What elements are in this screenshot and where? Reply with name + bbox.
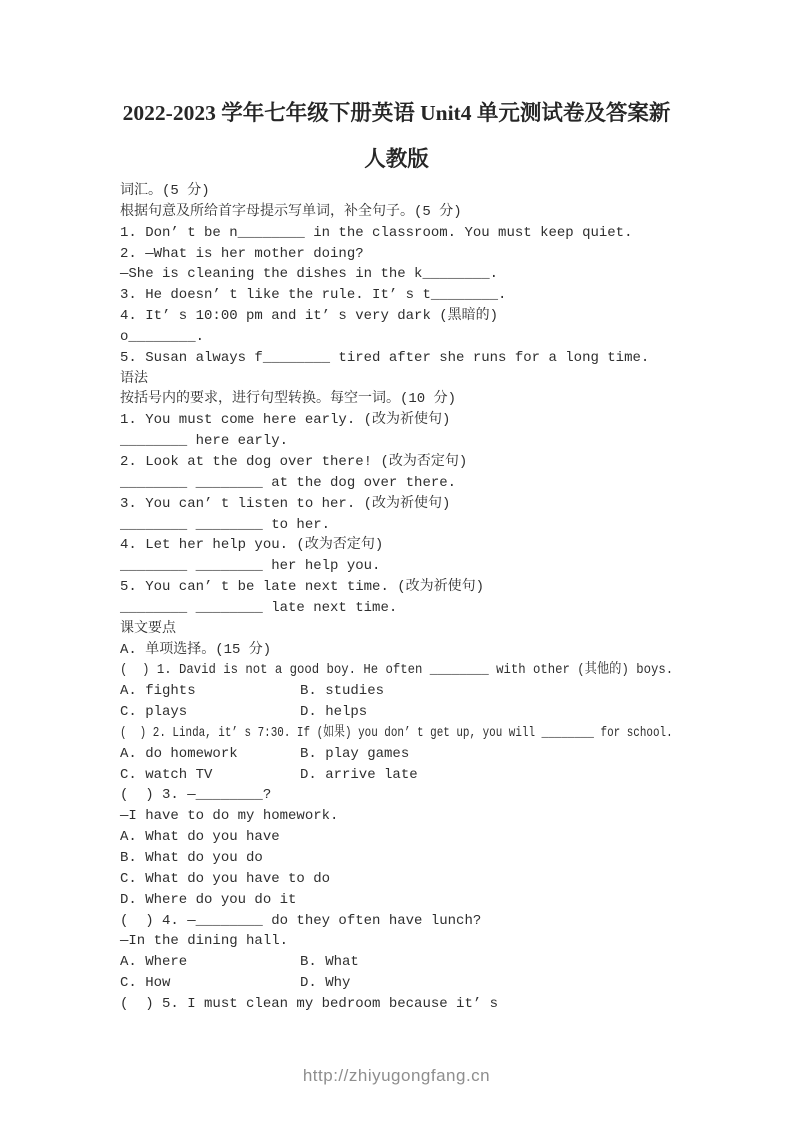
document-line: A. WhereB. What xyxy=(120,952,673,973)
document-line: 3. You can’ t listen to her. (改为祈使句) xyxy=(120,494,673,515)
option-cell: C. How xyxy=(120,973,300,994)
option-cell: B. studies xyxy=(300,681,384,702)
document-line: ( ) 3. —________? xyxy=(120,785,673,806)
document-line: ________ ________ her help you. xyxy=(120,556,673,577)
document-line: A. do homeworkB. play games xyxy=(120,744,673,765)
document-line: 根据句意及所给首字母提示写单词，补全句子。(5 分) xyxy=(120,202,673,223)
option-cell: A. fights xyxy=(120,681,300,702)
document-line: 1. Don’ t be n________ in the classroom.… xyxy=(120,223,673,244)
document-line: C. HowD. Why xyxy=(120,973,673,994)
document-title-line-2: 人教版 xyxy=(0,136,793,182)
option-cell: C. watch TV xyxy=(120,765,300,786)
document-line: 按括号内的要求，进行句型转换。每空一词。(10 分) xyxy=(120,389,673,410)
document-line: B. What do you do xyxy=(120,848,673,869)
option-cell: D. Why xyxy=(300,973,350,994)
document-line: ( ) 4. —________ do they often have lunc… xyxy=(120,911,673,932)
document-line: ( ) 5. I must clean my bedroom because i… xyxy=(120,994,673,1015)
document-line: —She is cleaning the dishes in the k____… xyxy=(120,264,673,285)
option-cell: D. helps xyxy=(300,702,367,723)
document-line: D. Where do you do it xyxy=(120,890,673,911)
document-line: ( ) 2. Linda, it’ s 7:30. If (如果) you do… xyxy=(120,723,551,744)
document-line: o________. xyxy=(120,327,673,348)
option-cell: C. plays xyxy=(120,702,300,723)
option-cell: A. Where xyxy=(120,952,300,973)
document-line: 2. Look at the dog over there! (改为否定句) xyxy=(120,452,673,473)
document-line: A. What do you have xyxy=(120,827,673,848)
option-cell: A. do homework xyxy=(120,744,300,765)
document-line: ________ ________ to her. xyxy=(120,515,673,536)
document-line: 3. He doesn’ t like the rule. It’ s t___… xyxy=(120,285,673,306)
option-cell: D. arrive late xyxy=(300,765,418,786)
page-footer: http://zhiyugongfang.cn xyxy=(0,1066,793,1086)
document-line: 语法 xyxy=(120,369,673,390)
document-line: C. playsD. helps xyxy=(120,702,673,723)
document-line: ( ) 1. David is not a good boy. He often… xyxy=(120,660,605,681)
document-line: C. What do you have to do xyxy=(120,869,673,890)
document-line: A. 单项选择。(15 分) xyxy=(120,640,673,661)
document-title: 2022-2023 学年七年级下册英语 Unit4 单元测试卷及答案新 人教版 xyxy=(0,90,793,182)
option-cell: B. What xyxy=(300,952,359,973)
document-line: —I have to do my homework. xyxy=(120,806,673,827)
document-line: 1. You must come here early. (改为祈使句) xyxy=(120,410,673,431)
document-line: 2. —What is her mother doing? xyxy=(120,244,673,265)
document-line: 4. It’ s 10:00 pm and it’ s very dark (黑… xyxy=(120,306,673,327)
document-body: 词汇。(5 分)根据句意及所给首字母提示写单词，补全句子。(5 分)1. Don… xyxy=(120,181,673,1015)
document-line: —In the dining hall. xyxy=(120,931,673,952)
document-line: ________ ________ at the dog over there. xyxy=(120,473,673,494)
footer-url: http://zhiyugongfang.cn xyxy=(303,1066,490,1085)
document-line: 5. You can’ t be late next time. (改为祈使句) xyxy=(120,577,673,598)
document-line: ________ here early. xyxy=(120,431,673,452)
document-line: ________ ________ late next time. xyxy=(120,598,673,619)
document-line: C. watch TVD. arrive late xyxy=(120,765,673,786)
document-line: 5. Susan always f________ tired after sh… xyxy=(120,348,673,369)
document-line: 课文要点 xyxy=(120,619,673,640)
document-page: 2022-2023 学年七年级下册英语 Unit4 单元测试卷及答案新 人教版 … xyxy=(0,0,793,1122)
option-cell: B. play games xyxy=(300,744,409,765)
document-line: A. fightsB. studies xyxy=(120,681,673,702)
document-title-line-1: 2022-2023 学年七年级下册英语 Unit4 单元测试卷及答案新 xyxy=(0,90,793,136)
document-line: 4. Let her help you. (改为否定句) xyxy=(120,535,673,556)
document-line: 词汇。(5 分) xyxy=(120,181,673,202)
